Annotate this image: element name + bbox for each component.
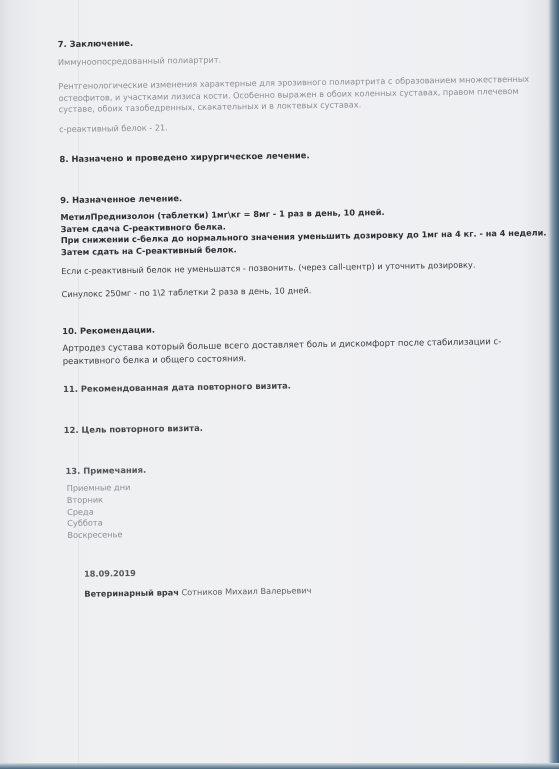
- reception-days: Приемные дни Вторник Среда Суббота Воскр…: [67, 482, 132, 542]
- section-7-heading: 7. Заключение.: [58, 38, 134, 51]
- xray-findings: Рентгенологические изменения характерные…: [58, 74, 529, 116]
- section-13-heading: 13. Примечания.: [65, 465, 146, 478]
- treatment-lines: МетилПреднизолон (таблетки) 1мг\кг = 8мг…: [60, 204, 546, 258]
- signature-label: Ветеринарный врач: [84, 587, 179, 598]
- crp-value: с-реактивный белок - 21.: [59, 122, 168, 135]
- reception-days-label: Приемные дни: [67, 482, 131, 495]
- reception-day: Среда: [67, 506, 131, 519]
- section-11-heading: 11. Рекомендованная дата повторного визи…: [63, 380, 291, 395]
- reception-day: Воскресенье: [67, 529, 131, 542]
- section-9-heading: 9. Назначенное лечение.: [60, 193, 182, 206]
- document-page: 7. Заключение. Иммуноопосредованный поли…: [0, 0, 559, 769]
- section-12-heading: 12. Цель повторного визита.: [64, 423, 203, 437]
- reception-day: Суббота: [67, 517, 131, 530]
- document-date: 18.09.2019: [84, 568, 136, 580]
- antibiotic-line: Синулокс 250мг - по 1\2 таблетки 2 раза …: [62, 285, 312, 300]
- signature: Ветеринарный врач Сотников Михаил Валерь…: [84, 585, 311, 600]
- diagnosis-text: Иммуноопосредованный полиартрит.: [58, 55, 221, 69]
- recommendation-text: Артродез сустава который больше всего до…: [62, 336, 501, 368]
- section-8-heading: 8. Назначено и проведено хирургическое л…: [59, 150, 309, 165]
- section-10-heading: 10. Рекомендации.: [62, 325, 155, 338]
- treatment-note: Если с-реактивный белок не уменьшатся - …: [61, 260, 475, 278]
- reception-day: Вторник: [67, 494, 131, 507]
- signature-name: Сотников Михаил Валерьевич: [181, 585, 311, 597]
